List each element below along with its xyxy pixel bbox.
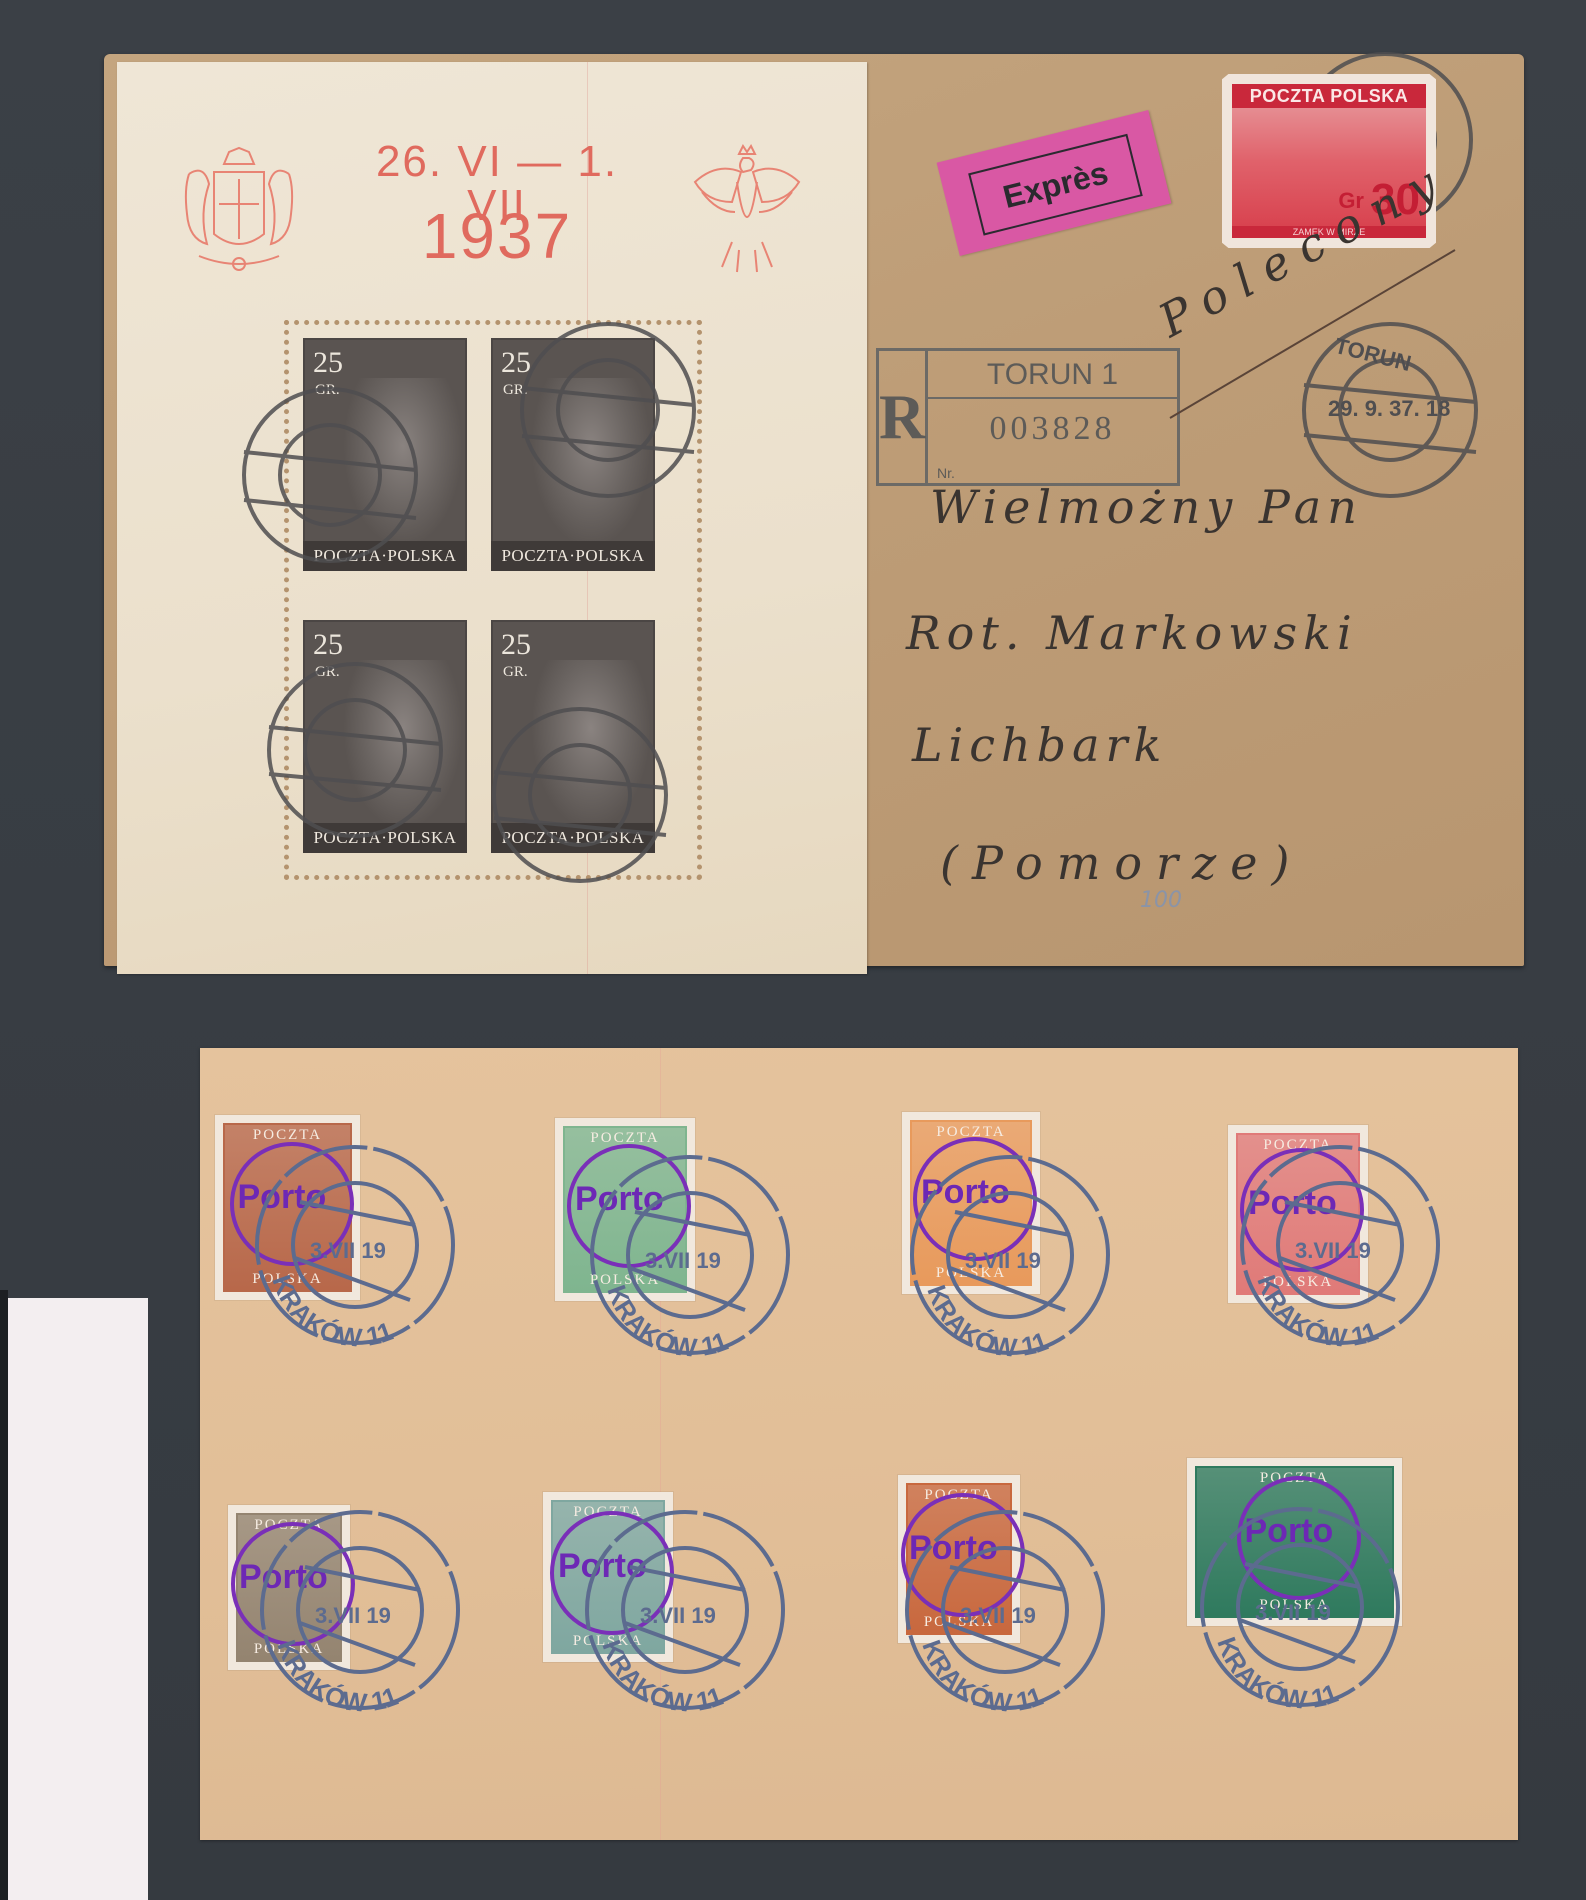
general-portrait [531,378,651,548]
stamp-caption: POCZTA·POLSKA [303,541,467,571]
krakow-postmark: KRAKÓW 113.VII 19 [585,1150,795,1360]
stamp-unit: GR. [503,382,528,399]
stamp-header: POCZTA POLSKA [1232,84,1426,108]
stamp-value: 25 [501,630,531,660]
svg-text:3.VII 19: 3.VII 19 [645,1248,721,1273]
svg-text:KRAKÓW 11: KRAKÓW 11 [921,1281,1051,1363]
stamp-value: 25 [313,630,343,660]
general-portrait [343,378,463,548]
address-line-2: Rot. Markowski [906,606,1358,660]
krakow-postmark: KRAKÓW 113.VII 19 [580,1505,790,1715]
svg-text:KRAKÓW 11: KRAKÓW 11 [271,1636,401,1718]
svg-text:3.VII 19: 3.VII 19 [315,1603,391,1628]
stamp-block: 25 GR. POCZTA·POLSKA 25 GR. POCZTA·POLSK… [284,320,702,880]
stamp-25gr-1: 25 GR. POCZTA·POLSKA [303,338,467,571]
registration-letter: R [879,351,928,483]
general-portrait [343,660,463,830]
svg-text:3.VII 19: 3.VII 19 [960,1603,1036,1628]
svg-text:KRAKÓW 11: KRAKÓW 11 [1251,1271,1381,1353]
stamp-caption: POCZTA·POLSKA [491,823,655,853]
krakow-postmark: KRAKÓW 113.VII 19 [900,1505,1110,1715]
stamp-unit: GR. [503,664,528,681]
registration-label: R TORUN 1 003828 Nr. [876,348,1180,486]
krakow-postmark: KRAKÓW 113.VII 19 [1195,1502,1405,1712]
stamp-caption: POCZTA·POLSKA [303,823,467,853]
general-portrait [531,660,651,830]
address-line-1: Wielmożny Pan [930,480,1363,534]
white-interleaf-strip [8,1298,148,1900]
svg-text:3.VII 19: 3.VII 19 [965,1248,1041,1273]
stamp-value: 25 [313,348,343,378]
stamp-unit: GR. [315,382,340,399]
stamp-caption: POCZTA·POLSKA [491,541,655,571]
stamp-unit: GR. [315,664,340,681]
svg-text:KRAKÓW 11: KRAKÓW 11 [596,1636,726,1718]
krakow-postmark: KRAKÓW 113.VII 19 [905,1150,1115,1360]
romanian-crest-icon [169,144,309,284]
registration-nr-label: Nr. [937,465,955,481]
address-line-4: (Pomorze) [940,836,1303,890]
polish-eagle-icon [677,142,817,282]
stamp-25gr-3: 25 GR. POCZTA·POLSKA [303,620,467,853]
pencil-note: 100 [1140,888,1182,913]
svg-text:3.VII 19: 3.VII 19 [640,1603,716,1628]
krakow-postmark: KRAKÓW 113.VII 19 [255,1505,465,1715]
registration-office: TORUN 1 [928,351,1177,399]
commemorative-year: 1937 [347,204,647,268]
stamp-25gr-4: 25 GR. POCZTA·POLSKA [491,620,655,853]
svg-text:3.VII 19: 3.VII 19 [310,1238,386,1263]
svg-text:KRAKÓW 11: KRAKÓW 11 [601,1281,731,1363]
svg-text:3.VII 19: 3.VII 19 [1255,1600,1331,1625]
souvenir-sheet-1937: 26. VI — 1. VII 1937 25 GR. POCZTA·POLSK… [117,62,867,974]
stamp-value: 25 [501,348,531,378]
svg-text:3.VII 19: 3.VII 19 [1295,1238,1371,1263]
postmark-date: 29. 9. 37. 18 [1328,396,1450,422]
svg-text:KRAKÓW 11: KRAKÓW 11 [916,1636,1046,1718]
registration-number: 003828 [928,399,1177,459]
krakow-postmark: KRAKÓW 113.VII 19 [1235,1140,1445,1350]
svg-text:KRAKÓW 11: KRAKÓW 11 [1211,1633,1341,1715]
krakow-postmark: KRAKÓW 113.VII 19 [250,1140,460,1350]
stamp-25gr-2: 25 GR. POCZTA·POLSKA [491,338,655,571]
album-page: 26. VI — 1. VII 1937 25 GR. POCZTA·POLSK… [0,0,1586,1900]
album-edge [0,1290,8,1900]
svg-text:KRAKÓW 11: KRAKÓW 11 [266,1271,396,1353]
address-line-3: Lichbark [912,718,1167,772]
